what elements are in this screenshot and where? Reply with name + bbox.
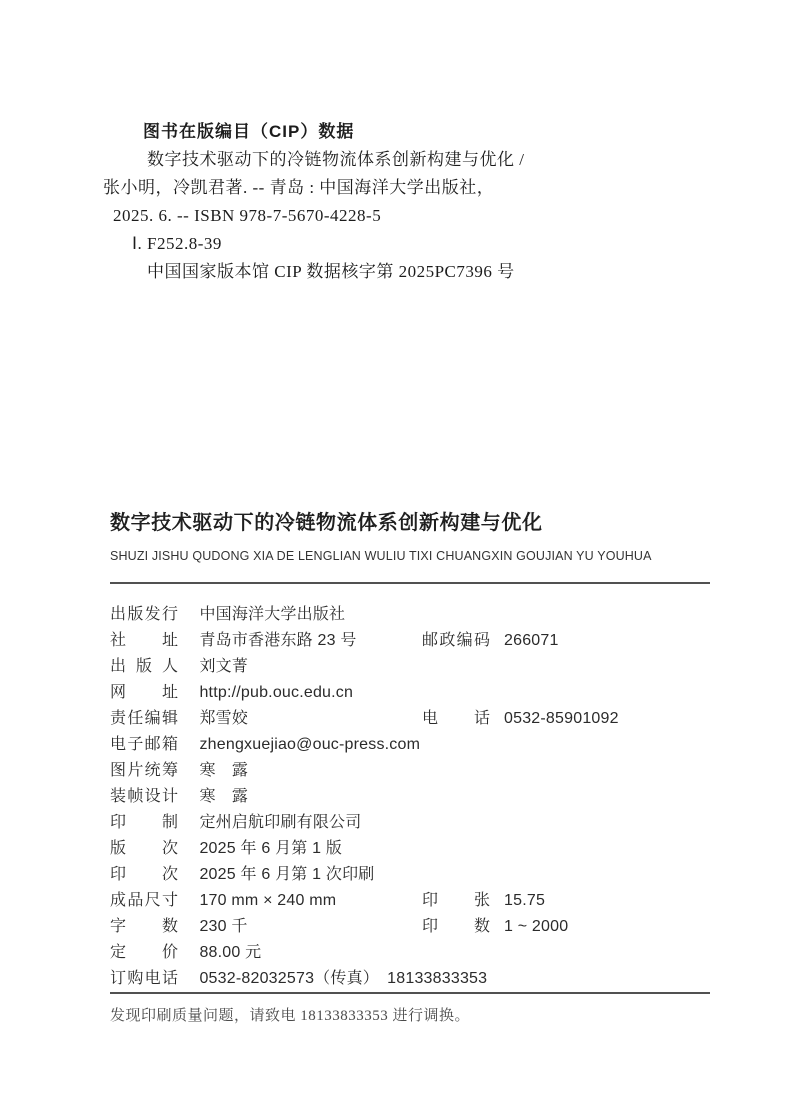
cip-line-classification: Ⅰ. F252.8-39 xyxy=(103,230,583,258)
divider-bottom xyxy=(110,992,710,994)
row-value-phone: 0532-85901092 xyxy=(504,706,619,732)
row-value: 刘文菁 xyxy=(199,658,248,675)
row-price: 定价 88.00 元 xyxy=(110,940,730,966)
row-label: 定价 xyxy=(110,940,178,966)
book-title-pinyin: SHUZI JISHU QUDONG XIA DE LENGLIAN WULIU… xyxy=(110,549,652,563)
row-trim-size: 成品尺寸 170 mm × 240 mm 印张 15.75 xyxy=(110,888,730,914)
row-value: 0532-82032573（传真） 18133833353 xyxy=(199,970,487,987)
row-label: 订购电话 xyxy=(110,966,178,992)
row-value: 定州启航印刷有限公司 xyxy=(199,814,361,831)
row-edition: 版次 2025 年 6 月第 1 版 xyxy=(110,836,730,862)
row-publisher-person: 出版人 刘文菁 xyxy=(110,654,730,680)
row-binding-design: 装帧设计 寒 露 xyxy=(110,784,730,810)
row-label: 装帧设计 xyxy=(110,784,178,810)
cip-line-authors: 张小明，冷凯君著. -- 青岛 : 中国海洋大学出版社， xyxy=(103,174,583,202)
row-label-sheets: 印张 xyxy=(422,888,490,914)
row-label: 成品尺寸 xyxy=(110,888,178,914)
row-printer: 印制 定州启航印刷有限公司 xyxy=(110,810,730,836)
row-address: 社址 青岛市香港东路 23 号 邮政编码 266071 xyxy=(110,628,730,654)
row-label: 字数 xyxy=(110,914,178,940)
divider-top xyxy=(110,582,710,584)
cip-line-title: 数字技术驱动下的冷链物流体系创新构建与优化 / xyxy=(103,146,583,174)
row-value: 青岛市香港东路 23 号 xyxy=(199,632,356,649)
copyright-page: 图书在版编目（CIP）数据 数字技术驱动下的冷链物流体系创新构建与优化 / 张小… xyxy=(0,0,799,1118)
row-value: 170 mm × 240 mm xyxy=(199,892,336,909)
row-label-postcode: 邮政编码 xyxy=(422,628,490,654)
row-label: 版次 xyxy=(110,836,178,862)
row-value: 寒 露 xyxy=(199,762,248,779)
row-editor: 责任编辑 郑雪姣 电话 0532-85901092 xyxy=(110,706,730,732)
cip-block: 图书在版编目（CIP）数据 数字技术驱动下的冷链物流体系创新构建与优化 / 张小… xyxy=(103,118,583,286)
row-value-print-run: 1 ~ 2000 xyxy=(504,914,568,940)
cip-line-isbn: 2025. 6. -- ISBN 978-7-5670-4228-5 xyxy=(103,202,583,230)
row-label-print-run: 印数 xyxy=(422,914,490,940)
book-title: 数字技术驱动下的冷链物流体系创新构建与优化 xyxy=(110,506,543,535)
row-label: 印制 xyxy=(110,810,178,836)
row-value-email: zhengxuejiao@ouc-press.com xyxy=(199,736,420,753)
row-value: 88.00 元 xyxy=(199,944,261,961)
row-value: 寒 露 xyxy=(199,788,248,805)
row-value-url: http://pub.ouc.edu.cn xyxy=(199,684,353,701)
row-label: 社址 xyxy=(110,628,178,654)
colophon-table: 出版发行 中国海洋大学出版社 社址 青岛市香港东路 23 号 邮政编码 2660… xyxy=(110,602,730,992)
row-word-count: 字数 230 千 印数 1 ~ 2000 xyxy=(110,914,730,940)
row-value-sheets: 15.75 xyxy=(504,888,545,914)
row-value: 2025 年 6 月第 1 版 xyxy=(199,840,342,857)
row-label: 责任编辑 xyxy=(110,706,178,732)
row-value: 230 千 xyxy=(199,918,247,935)
row-label: 图片统筹 xyxy=(110,758,178,784)
row-label: 网址 xyxy=(110,680,178,706)
row-picture-coordinator: 图片统筹 寒 露 xyxy=(110,758,730,784)
row-email: 电子邮箱 zhengxuejiao@ouc-press.com xyxy=(110,732,730,758)
print-quality-note: 发现印刷质量问题，请致电 18133833353 进行调换。 xyxy=(110,1004,470,1025)
cip-line-record-number: 中国国家版本馆 CIP 数据核字第 2025PC7396 号 xyxy=(103,258,583,286)
row-publisher: 出版发行 中国海洋大学出版社 xyxy=(110,602,730,628)
row-label-phone: 电话 xyxy=(422,706,490,732)
row-value: 2025 年 6 月第 1 次印刷 xyxy=(199,866,374,883)
row-label: 印次 xyxy=(110,862,178,888)
row-value: 中国海洋大学出版社 xyxy=(199,606,345,623)
cip-heading: 图书在版编目（CIP）数据 xyxy=(103,118,583,146)
row-label: 电子邮箱 xyxy=(110,732,178,758)
row-website: 网址 http://pub.ouc.edu.cn xyxy=(110,680,730,706)
row-order-phone: 订购电话 0532-82032573（传真） 18133833353 xyxy=(110,966,730,992)
row-value-postcode: 266071 xyxy=(504,628,559,654)
row-impression: 印次 2025 年 6 月第 1 次印刷 xyxy=(110,862,730,888)
row-label: 出版人 xyxy=(110,654,178,680)
row-label: 出版发行 xyxy=(110,602,178,628)
row-value: 郑雪姣 xyxy=(199,710,248,727)
